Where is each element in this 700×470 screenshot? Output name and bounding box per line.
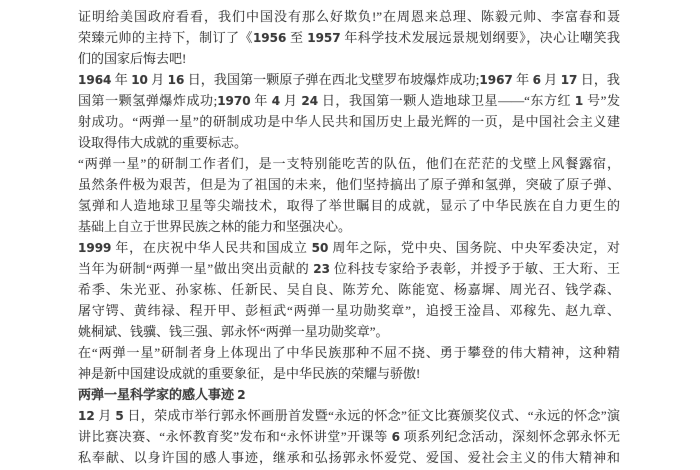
text-line: 基础上自立于世界民族之林的能力和坚强决心。 [78,216,620,237]
text-line: 神是新中国建设成就的重要象征，是中华民族的荣耀与骄傲! [78,363,620,384]
text-line: 荣臻元帅的主持下，制订了《1956 至 1957 年科学技术发展远景规划纲要》，… [78,27,620,48]
text-line: “两弹一星”的研制工作者们，是一支特别能吃苦的队伍，他们在茫茫的戈壁上风餐露宿， [78,153,620,174]
text-line: 希季、朱光亚、孙家栋、任新民、吴自良、陈芳允、陈能宽、杨嘉墀、周光召、钱学森、 [78,279,620,300]
text-line: 国第一颗氢弹爆炸成功;1970 年 4 月 24 日，我国第一颗人造地球卫星——… [78,90,620,111]
text-line: 当年为研制“两弹一星”做出突出贡献的 23 位科技专家给予表彰，并授予于敏、王大… [78,258,620,279]
text-line: 姚桐斌、钱骥、钱三强、郭永怀“两弹一星功勋奖章”。 [78,321,620,342]
text-line: 屠守锷、黄纬禄、程开甲、彭桓武“两弹一星功勋奖章”，追授王淦昌、邓稼先、赵九章、 [78,300,620,321]
text-line: 射成功。“两弹一星”的研制成功是中华人民共和国历史上最光辉的一页，是中国社会主义… [78,111,620,132]
text-line: 们的国家后悔去吧! [78,48,620,69]
text-line: 讲比赛决赛、“永怀教育奖”发布和“永怀讲堂”开课等 6 项系列纪念活动，深刻怀念… [78,426,620,447]
text-line: 在“两弹一星”研制者身上体现出了中华民族那种不屈不挠、勇于攀登的伟大精神，这种精 [78,342,620,363]
document-text-block: 证明给美国政府看看，我们中国没有那么好欺负!”在周恩来总理、陈毅元帅、李富春和聂… [78,6,620,468]
document-page: 证明给美国政府看看，我们中国没有那么好欺负!”在周恩来总理、陈毅元帅、李富春和聂… [0,0,700,470]
text-line: 1964 年 10 月 16 日，我国第一颗原子弹在西北戈壁罗布坡爆炸成功;19… [78,69,620,90]
text-line: 12 月 5 日，荣成市举行郭永怀画册首发暨“永远的怀念”征文比赛颁奖仪式、“永… [78,405,620,426]
text-line: 1999 年，在庆祝中华人民共和国成立 50 周年之际，党中央、国务院、中央军委… [78,237,620,258]
text-line: 氢弹和人造地球卫星等尖端技术，取得了举世瞩目的成就，显示了中华民族在自力更生的 [78,195,620,216]
text-line: 设取得伟大成就的重要标志。 [78,132,620,153]
text-line: 私奉献、以身许国的感人事迹，继承和弘扬郭永怀爱党、爱国、爱社会主义的伟大精神和 [78,447,620,468]
section-heading: 两弹一星科学家的感人事迹 2 [78,384,620,405]
text-line: 证明给美国政府看看，我们中国没有那么好欺负!”在周恩来总理、陈毅元帅、李富春和聂 [78,6,620,27]
text-line: 虽然条件极为艰苦，但是为了祖国的未来，他们坚持搞出了原子弹和氢弹，突破了原子弹、 [78,174,620,195]
